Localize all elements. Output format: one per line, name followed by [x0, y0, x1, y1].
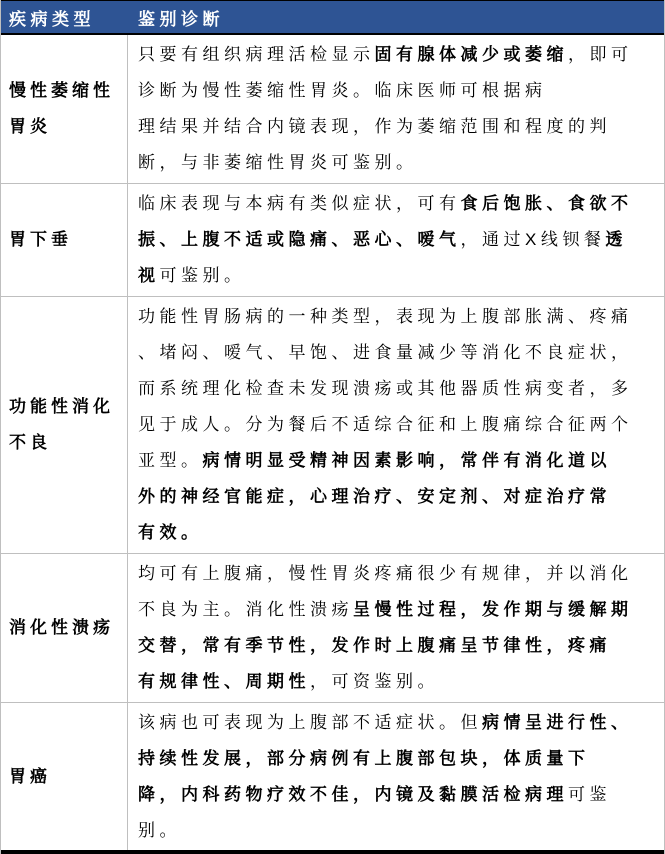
disease-name-cell: 功能性消化 不良	[1, 297, 128, 553]
disease-name-cell: 慢性萎缩性 胃炎	[1, 35, 128, 183]
diagnosis-text: 可鉴别。	[160, 266, 246, 285]
diagnosis-text-cell: 功能性胃肠病的一种类型，表现为上腹部胀满、疼痛 、堵闷、嗳气、早饱、进食量减少等…	[128, 297, 664, 553]
diagnosis-text-cell: 临床表现与本病有类似症状，可有食后饱胀、食欲不 振、上腹不适或隐痛、恶心、嗳气，…	[128, 184, 664, 296]
disease-name-cell: 胃下垂	[1, 184, 128, 296]
diagnosis-text: 只要有组织病理活检显示	[138, 45, 375, 64]
table-row: 胃下垂 临床表现与本病有类似症状，可有食后饱胀、食欲不 振、上腹不适或隐痛、恶心…	[1, 184, 664, 297]
header-cell-disease-type: 疾病类型	[1, 5, 128, 30]
diagnosis-text: ，通过X线钡餐	[461, 230, 606, 249]
diagnosis-text-cell: 只要有组织病理活检显示固有腺体减少或萎缩，即可 诊断为慢性萎缩性胃炎。临床医师可…	[128, 35, 664, 183]
disease-name-cell: 消化性溃疡	[1, 554, 128, 702]
table-row: 消化性溃疡 均可有上腹痛，慢性胃炎疼痛很少有规律，并以消化 不良为主。消化性溃疡…	[1, 554, 664, 703]
diagnosis-bold-text: 病情明显受精神因素影响，常伴有消化道以 外的神经官能症，心理治疗、安定剂、对症治…	[138, 451, 611, 542]
differential-diagnosis-table: 疾病类型 鉴别诊断 慢性萎缩性 胃炎 只要有组织病理活检显示固有腺体减少或萎缩，…	[0, 0, 665, 854]
diagnosis-text: 该病也可表现为上腹部不适症状。但	[138, 713, 482, 732]
table-body: 慢性萎缩性 胃炎 只要有组织病理活检显示固有腺体减少或萎缩，即可 诊断为慢性萎缩…	[1, 35, 664, 851]
header-cell-diagnosis: 鉴别诊断	[128, 5, 664, 30]
diagnosis-text: 功能性胃肠病的一种类型，表现为上腹部胀满、疼痛 、堵闷、嗳气、早饱、进食量减少等…	[138, 307, 633, 470]
table-row: 胃癌 该病也可表现为上腹部不适症状。但病情呈进行性、 持续性发展，部分病例有上腹…	[1, 703, 664, 851]
diagnosis-text: ，即可 诊断为慢性萎缩性胃炎。临床医师可根据病 理结果并结合内镜表现，作为萎缩范…	[138, 45, 633, 172]
table-row: 慢性萎缩性 胃炎 只要有组织病理活检显示固有腺体减少或萎缩，即可 诊断为慢性萎缩…	[1, 35, 664, 184]
diagnosis-text-cell: 该病也可表现为上腹部不适症状。但病情呈进行性、 持续性发展，部分病例有上腹部包块…	[128, 703, 664, 851]
table-row: 功能性消化 不良 功能性胃肠病的一种类型，表现为上腹部胀满、疼痛 、堵闷、嗳气、…	[1, 297, 664, 554]
table-bottom-border	[1, 850, 664, 854]
diagnosis-bold-text: 固有腺体减少或萎缩	[375, 45, 569, 64]
page: 疾病类型 鉴别诊断 慢性萎缩性 胃炎 只要有组织病理活检显示固有腺体减少或萎缩，…	[0, 0, 665, 854]
diagnosis-text: ，可资鉴别。	[310, 672, 439, 691]
disease-name-cell: 胃癌	[1, 703, 128, 851]
diagnosis-text-cell: 均可有上腹痛，慢性胃炎疼痛很少有规律，并以消化 不良为主。消化性溃疡呈慢性过程，…	[128, 554, 664, 702]
table-header-row: 疾病类型 鉴别诊断	[1, 0, 664, 35]
diagnosis-text: 临床表现与本病有类似症状，可有	[138, 194, 461, 213]
